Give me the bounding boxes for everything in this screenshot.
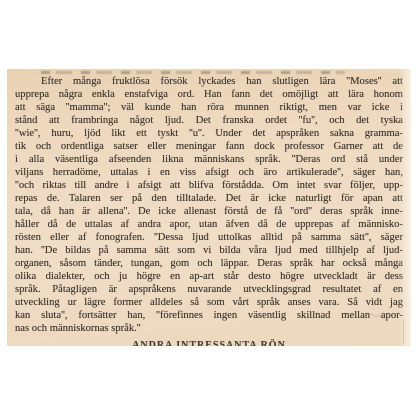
text-line: organen, såsom tänder, tungan, gom och l…: [15, 257, 403, 270]
text-line: olika dialekter, och ju högre en ap-art …: [15, 270, 403, 283]
text-line: ''och riktas till andre i afsigt att bli…: [15, 179, 403, 192]
document-text: Efter många fruktlösa försök lyckades ha…: [15, 75, 403, 335]
text-line: rösten eller af fonografen. ''Dessa ljud…: [15, 231, 403, 244]
text-line: utveckling ur lägre former alldeles så s…: [15, 296, 403, 309]
scanned-paper: Efter många fruktlösa försök lyckades ha…: [7, 69, 411, 346]
text-line: tala, då han är allena''. De icke allena…: [15, 205, 403, 218]
text-line: stånd att frambringa något ljud. Det fra…: [15, 114, 403, 127]
cropped-previous-line-fragment: [41, 71, 345, 74]
paper-crease: [403, 319, 404, 344]
text-line: viljans herradöme, uttalas i en viss afs…: [15, 166, 403, 179]
text-line: håller då de uttalas af andra apor, utan…: [15, 218, 403, 231]
section-heading: ANDRA INTRESSANTA RÖN: [7, 340, 411, 346]
text-line: repas de. Talaren ser på den tilltalade.…: [15, 192, 403, 205]
text-line: han. ''De bildas på samma sätt som vi bi…: [15, 244, 403, 257]
text-line: att säga ''mamma''; väl kunde han röra m…: [15, 101, 403, 114]
text-line: i alla väsentliga afseenden likna männis…: [15, 153, 403, 166]
text-line: ''wie'', huru, ljöd likt ett tyskt ''u''…: [15, 127, 403, 140]
scan-canvas: { "document": { "lines": [ "Efter många …: [0, 0, 416, 416]
text-line: språk. Påtagligen är apspråkens nuvarand…: [15, 283, 403, 296]
text-line: upprepa några enkla enstafviga ord. Han …: [15, 88, 403, 101]
text-line: tik och ordentliga satser eller meningar…: [15, 140, 403, 153]
text-line: nas och människornas språk.'': [15, 322, 403, 335]
text-line: kan sluta'', fortsätter han, ''förefinne…: [15, 309, 403, 322]
text-line: Efter många fruktlösa försök lyckades ha…: [15, 75, 403, 88]
pencil-mark: [361, 310, 385, 320]
